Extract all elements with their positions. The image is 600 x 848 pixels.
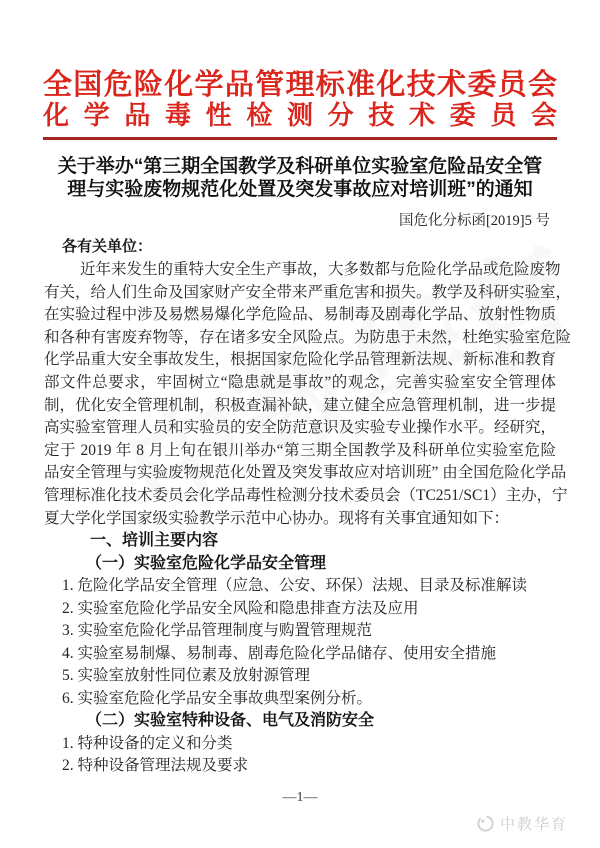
organization-header: 全国危险化学品管理标准化技术委员会 化学品毒性检测分技术委员会 [0, 70, 600, 140]
paragraph-line: 有关，给人们生命及国家财产安全带来严重危害和损失。教学及科研实验室， [44, 282, 556, 305]
paragraph-line: 化学品重大安全事故发生，根据国家危险化学品管理新法规、新标准和教育 [44, 349, 556, 372]
list-item: 1. 危险化学品安全管理（应急、公安、环保）法规、目录及标准解读 [62, 575, 556, 598]
list-item: 5. 实验室放射性同位素及放射源管理 [62, 665, 556, 688]
document-title: 关于举办“第三期全国教学及科研单位实验室危险品安全管 理与实验废物规范化处置及突… [0, 155, 600, 201]
organization-name-line2: 化学品毒性检测分技术委员会 [43, 101, 557, 129]
list-item: 3. 实验室危险化学品管理制度与购置管理规范 [62, 620, 556, 643]
document-title-line1: 关于举办“第三期全国教学及科研单位实验室危险品安全管 [0, 155, 600, 178]
footer-brand-watermark: 中教华育 [476, 813, 568, 834]
salutation: 各有关单位： [62, 237, 556, 257]
paragraph-line: 夏大学化学国家级实验教学示范中心协办。现将有关事宜通知如下： [44, 508, 556, 531]
paragraph-line: 品安全管理与实验废物规范化处置及突发事故应对培训班” 由全国危险化学品 [44, 462, 556, 485]
document-number: 国危化分标函[2019]5 号 [0, 212, 600, 230]
list-item: 1. 特种设备的定义和分类 [62, 733, 556, 756]
paragraph-line: 管理标准化技术委员会化学品毒性检测分技术委员会（TC251/SC1）主办，宁 [44, 485, 556, 508]
list-item: 4. 实验室易制爆、易制毒、剧毒危险化学品储存、使用安全措施 [62, 643, 556, 666]
header-divider-rule [43, 137, 557, 140]
paragraph-line: 部文件总要求，牢固树立“隐患就是事故”的观念，完善实验室安全管理体 [44, 372, 556, 395]
document-title-line2: 理与实验废物规范化处置及突发事故应对培训班”的通知 [0, 178, 600, 201]
paragraph-line: 近年来发生的重特大安全生产事故，大多数都与危险化学品或危险废物 [44, 259, 556, 282]
subsection-heading-chemical-safety: （一）实验室危险化学品安全管理 [86, 553, 556, 576]
list-item: 2. 实验室危险化学品安全风险和隐患排查方法及应用 [62, 598, 556, 621]
paragraph-line: 制，优化安全管理机制，积极查漏补缺，建立健全应急管理机制，进一步提 [44, 395, 556, 418]
list-item: 6. 实验室危险化学品安全事故典型案例分析。 [62, 688, 556, 711]
paragraph-line: 和各种有害废弃物等，存在诸多安全风险点。为防患于未然，杜绝实验室危险 [44, 327, 556, 350]
subsection-heading-special-equipment: （二）实验室特种设备、电气及消防安全 [86, 710, 556, 733]
page-number: —1— [44, 790, 556, 806]
notice-document-page: 中教华育 全国危险化学品管理标准化技术委员会 化学品毒性检测分技术委员会 关于举… [0, 0, 600, 848]
paragraph-line: 在实验过程中涉及易燃易爆化学危险品、易制毒及剧毒化学品、放射性物质 [44, 304, 556, 327]
list-item: 2. 特种设备管理法规及要求 [62, 755, 556, 778]
footer-brand-text: 中教华育 [500, 813, 568, 834]
paragraph-line: 定于 2019 年 8 月上旬在银川举办“第三期全国教学及科研单位实验室危险 [44, 440, 556, 463]
intro-paragraph: 近年来发生的重特大安全生产事故，大多数都与危险化学品或危险废物 有关，给人们生命… [44, 259, 556, 530]
section-heading-training-content: 一、培训主要内容 [90, 530, 556, 553]
organization-name-line1: 全国危险化学品管理标准化技术委员会 [43, 70, 557, 101]
document-body: 各有关单位： 近年来发生的重特大安全生产事故，大多数都与危险化学品或危险废物 有… [0, 237, 600, 806]
paragraph-line: 高实验室管理人员和实验员的安全防范意识及实验专业操作水平。经研究， [44, 417, 556, 440]
brand-logo-icon [476, 814, 495, 833]
